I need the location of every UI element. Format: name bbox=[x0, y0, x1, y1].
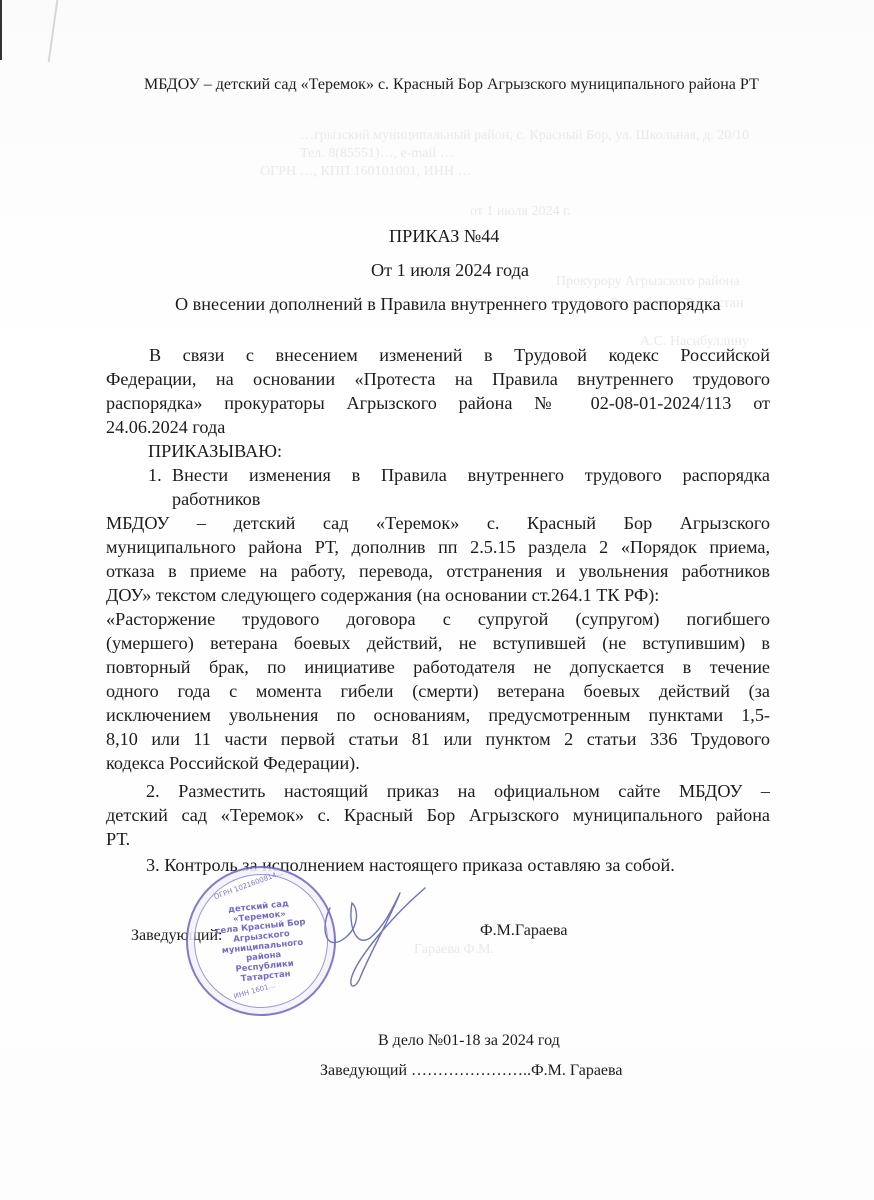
intro-line: Федерации, на основании «Протеста на Пра… bbox=[106, 368, 770, 390]
item1-body-line: ДОУ» текстом следующего содержания (на о… bbox=[106, 584, 659, 606]
document-page: …грызский муниципальный район, с. Красны… bbox=[0, 0, 874, 1200]
item2-line: 2. Разместить настоящий приказ на официа… bbox=[146, 780, 770, 802]
item1-line: работников bbox=[172, 488, 260, 510]
order-subject: О внесении дополнений в Правила внутренн… bbox=[175, 294, 721, 316]
signature-name: Ф.М.Гараева bbox=[480, 922, 567, 940]
item-number: 1. bbox=[148, 464, 162, 486]
footer-signature-line: Заведующий …………………..Ф.М. Гараева bbox=[320, 1062, 622, 1080]
item1-body-line: 8,10 или 11 части первой статьи 81 или п… bbox=[106, 728, 770, 750]
bleed-through-line: …грызский муниципальный район, с. Красны… bbox=[300, 128, 749, 144]
organization-header: МБДОУ – детский сад «Теремок» с. Красный… bbox=[144, 76, 759, 94]
intro-line: распорядка» прокураторы Агрызского район… bbox=[106, 392, 770, 414]
scan-edge bbox=[0, 0, 2, 60]
bleed-through-line: Прокурору Агрызского района bbox=[556, 274, 739, 290]
item1-body-line: одного года с момента гибели (смерти) ве… bbox=[106, 680, 770, 702]
item3-line: 3. Контроль за исполнением настоящего пр… bbox=[146, 854, 675, 876]
bleed-through-line: Тел. 8(85551)…, e-mail … bbox=[300, 146, 454, 162]
handwritten-signature-icon bbox=[300, 878, 430, 998]
item1-body-line: повторный брак, по инициативе работодате… bbox=[106, 656, 770, 678]
bleed-through-line: от 1 июля 2024 г. bbox=[470, 204, 571, 220]
scan-fold-line bbox=[48, 0, 59, 62]
item1-body-line: отказа в приеме на работу, перевода, отс… bbox=[106, 560, 770, 582]
item1-body-line: МБДОУ – детский сад «Теремок» с. Красный… bbox=[106, 512, 770, 534]
intro-line: В связи с внесением изменений в Трудовой… bbox=[149, 344, 770, 366]
item2-line: детский сад «Теремок» с. Красный Бор Агр… bbox=[106, 804, 770, 826]
item1-body-line: (умершего) ветерана боевых действий, не … bbox=[106, 632, 770, 654]
order-date: От 1 июля 2024 года bbox=[371, 260, 529, 282]
item1-body-line: муниципального района РТ, дополнив пп 2.… bbox=[106, 536, 770, 558]
intro-line: 24.06.2024 года bbox=[106, 416, 225, 438]
bleed-through-line: ОГРН …, КПП 160101001, ИНН … bbox=[260, 164, 472, 180]
item1-line: Внести изменения в Правила внутреннего т… bbox=[172, 464, 770, 486]
stamp-center-text: детский сад «Теремок» села Красный Бор А… bbox=[212, 897, 312, 986]
file-note: В дело №01-18 за 2024 год bbox=[378, 1032, 560, 1050]
order-word: ПРИКАЗЫВАЮ: bbox=[148, 440, 282, 462]
item1-body-line: исключением увольнения по основаниям, пр… bbox=[106, 704, 770, 726]
item2-line: РТ. bbox=[106, 828, 130, 850]
order-title: ПРИКАЗ №44 bbox=[389, 226, 499, 248]
item1-body-line: «Расторжение трудового договора с супруг… bbox=[106, 608, 770, 630]
item1-body-line: кодекса Российской Федерации). bbox=[106, 752, 360, 774]
